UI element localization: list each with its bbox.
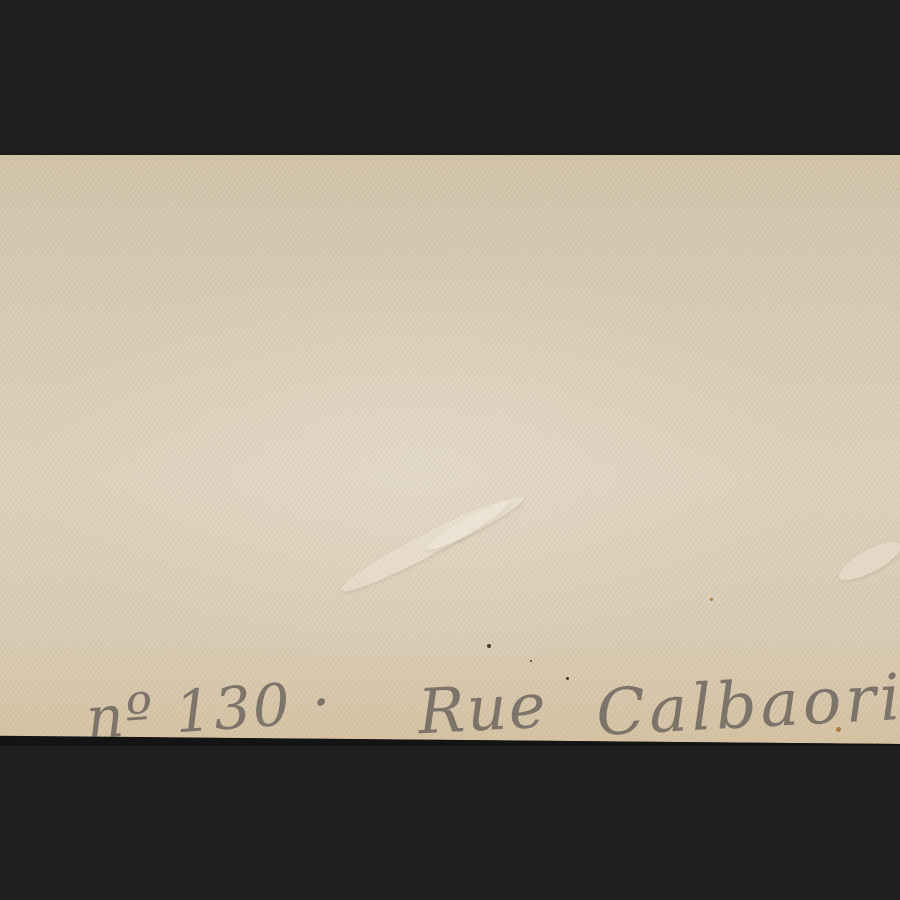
paper-speck <box>710 598 713 601</box>
paper-emboss-mark <box>834 535 900 587</box>
aged-paper-sheet <box>0 155 900 744</box>
paper-emboss-mark <box>423 490 528 556</box>
paper-speck <box>836 727 841 732</box>
paper-speck <box>530 660 532 662</box>
paper-speck <box>566 677 569 680</box>
paper-speck <box>487 644 491 648</box>
photo-frame: nº 130 · Rue Calbaoris <box>0 0 900 900</box>
